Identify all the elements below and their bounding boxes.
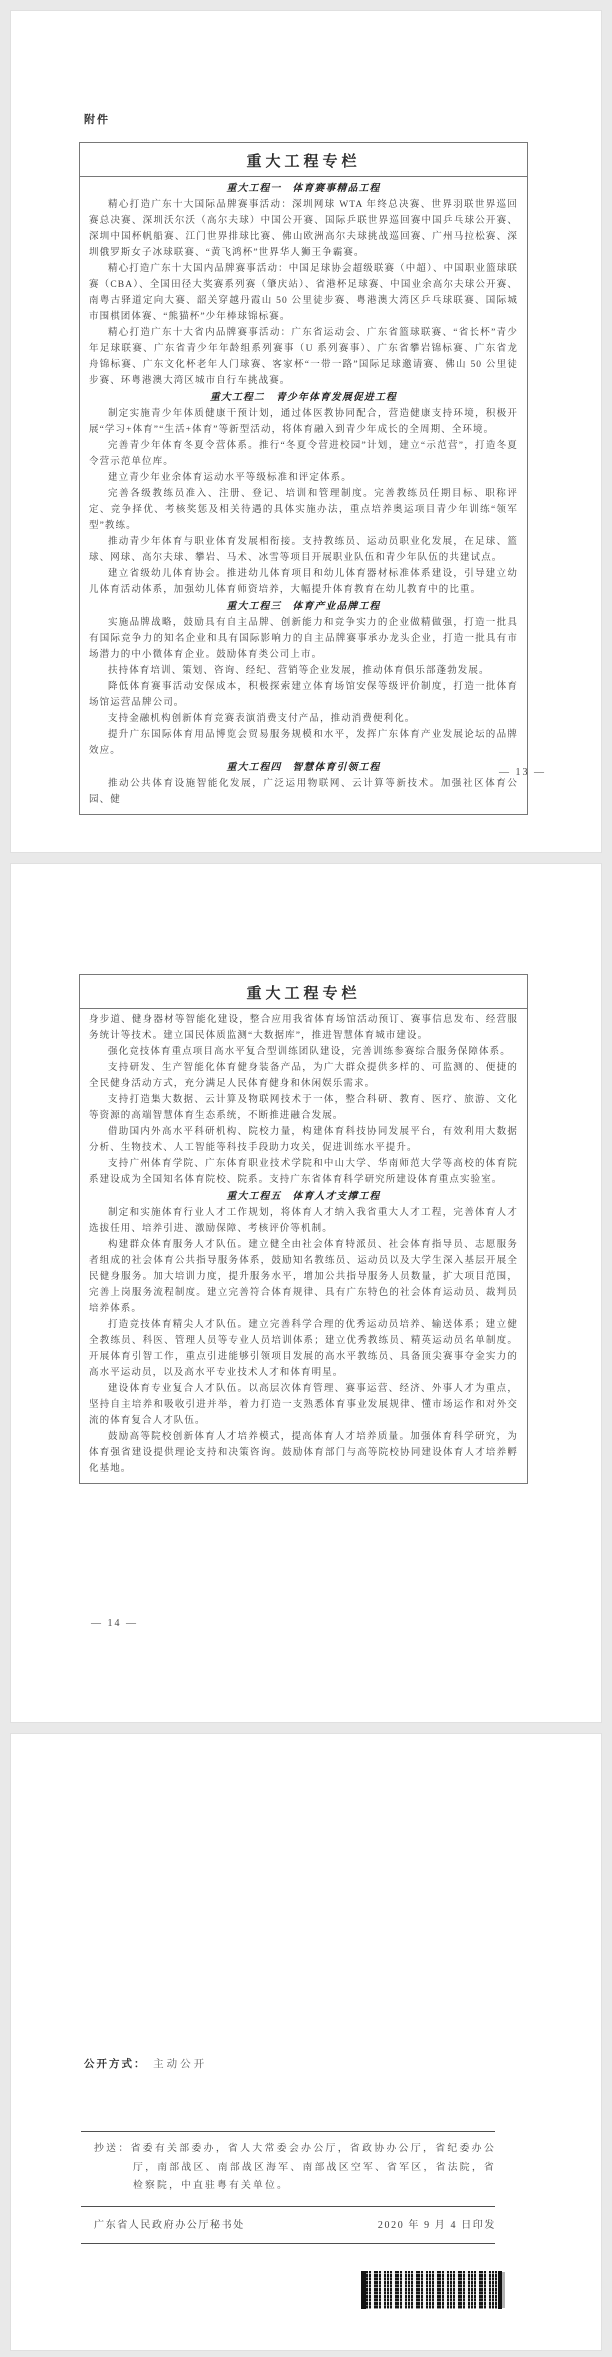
paragraph: 实施品牌战略，鼓励具有自主品牌、创新能力和竞争实力的企业做精做强，打造一批具有国… xyxy=(89,615,518,663)
paragraph: 构建群众体育服务人才队伍。建立健全由社会体育特派员、社会体育指导员、志愿服务者组… xyxy=(89,1237,518,1317)
divider-top xyxy=(81,2131,495,2132)
document-back-page: 公开方式： 主动公开 抄送：省委有关部委办，省人大常委会办公厅，省政协办公厅，省… xyxy=(10,1733,602,2351)
section-heading: 重大工程三 体育产业品牌工程 xyxy=(89,598,518,615)
paragraph: 支持金融机构创新体育竞赛表演消费支付产品，推动消费便利化。 xyxy=(89,711,518,727)
document-page-13: 附件 重大工程专栏 重大工程一 体育赛事精品工程精心打造广东十大国际品牌赛事活动… xyxy=(10,10,602,853)
section-heading: 重大工程二 青少年体育发展促进工程 xyxy=(89,389,518,406)
section-heading: 重大工程一 体育赛事精品工程 xyxy=(89,180,518,197)
box-title: 重大工程专栏 xyxy=(80,975,527,1009)
print-date: 2020 年 9 月 4 日印发 xyxy=(378,2216,496,2231)
cc-text: 省委有关部委办，省人大常委会办公厅，省政协办公厅，省纪委办公厅，南部战区、南部战… xyxy=(131,2143,496,2191)
paragraph: 精心打造广东十大省内品牌赛事活动：广东省运动会、广东省篮球联赛、“省长杯”青少年… xyxy=(89,325,518,389)
paragraph: 精心打造广东十大国际品牌赛事活动：深圳网球 WTA 年终总决赛、世界羽联世界巡回… xyxy=(89,197,518,261)
divider-bottom xyxy=(81,2243,495,2244)
paragraph: 建设体育专业复合人才队伍。以高层次体育管理、赛事运营、经济、外事人才为重点，坚持… xyxy=(89,1381,518,1429)
disclosure-value: 主动公开 xyxy=(153,2059,207,2070)
page-number: — 13 — xyxy=(499,767,546,778)
paragraph: 身步道、健身器材等智能化建设，整合应用我省体育场馆活动预订、赛事信息发布、经营服… xyxy=(89,1012,518,1044)
paragraph: 支持打造集大数据、云计算及物联网技术于一体，整合科研、教育、医疗、旅游、文化等资… xyxy=(89,1092,518,1124)
paragraph: 提升广东国际体育用品博览会贸易服务规模和水平，发挥广东体育产业发展论坛的品牌效应… xyxy=(89,727,518,759)
cc-paragraph: 抄送：省委有关部委办，省人大常委会办公厅，省政协办公厅，省纪委办公厅，南部战区、… xyxy=(94,2140,496,2196)
major-projects-box: 重大工程专栏 重大工程一 体育赛事精品工程精心打造广东十大国际品牌赛事活动：深圳… xyxy=(79,142,528,815)
paragraph: 推动青少年体育与职业体育发展相衔接。支持教练员、运动员职业化发展，在足球、篮球、… xyxy=(89,534,518,566)
attachment-label: 附件 xyxy=(84,111,110,127)
paragraph: 建立省级幼儿体育协会。推进幼儿体育项目和幼儿体育器材标准体系建设，引导建立幼儿体… xyxy=(89,566,518,598)
cc-block: 抄送：省委有关部委办，省人大常委会办公厅，省政协办公厅，省纪委办公厅，南部战区、… xyxy=(94,2140,496,2196)
barcode xyxy=(361,2271,502,2309)
section-heading: 重大工程五 体育人才支撑工程 xyxy=(89,1188,518,1205)
box-body: 身步道、健身器材等智能化建设，整合应用我省体育场馆活动预订、赛事信息发布、经营服… xyxy=(80,1009,527,1483)
paragraph: 建立青少年业余体育运动水平等级标准和评定体系。 xyxy=(89,470,518,486)
issuer-row: 广东省人民政府办公厅秘书处 2020 年 9 月 4 日印发 xyxy=(94,2216,496,2231)
paragraph: 制定实施青少年体质健康干预计划，通过体医教协同配合，营造健康支持环境，积极开展“… xyxy=(89,406,518,438)
divider-middle xyxy=(81,2206,495,2207)
box-title: 重大工程专栏 xyxy=(80,143,527,177)
paragraph: 强化竞技体育重点项目高水平复合型训练团队建设，完善训练参赛综合服务保障体系。 xyxy=(89,1044,518,1060)
disclosure-label: 公开方式： xyxy=(84,2059,147,2070)
document-page-14: 重大工程专栏 身步道、健身器材等智能化建设，整合应用我省体育场馆活动预订、赛事信… xyxy=(10,863,602,1723)
page-number: — 14 — xyxy=(91,1618,138,1629)
paragraph: 鼓励高等院校创新体育人才培养模式，提高体育人才培养质量。加强体育科学研究，为体育… xyxy=(89,1429,518,1477)
paragraph: 打造竞技体育精尖人才队伍。建立完善科学合理的优秀运动员培养、输送体系；建立健全教… xyxy=(89,1317,518,1381)
paragraph: 支持研发、生产智能化体育健身装备产品，为广大群众提供多样的、可监测的、便捷的全民… xyxy=(89,1060,518,1092)
major-projects-box: 重大工程专栏 身步道、健身器材等智能化建设，整合应用我省体育场馆活动预订、赛事信… xyxy=(79,974,528,1484)
issuer-name: 广东省人民政府办公厅秘书处 xyxy=(94,2216,245,2231)
section-heading: 重大工程四 智慧体育引领工程 xyxy=(89,759,518,776)
paragraph: 推动公共体育设施智能化发展，广泛运用物联网、云计算等新技术。加强社区体育公园、健 xyxy=(89,776,518,808)
paragraph: 制定和实施体育行业人才工作规划，将体育人才纳入我省重大人才工程，完善体育人才选拔… xyxy=(89,1205,518,1237)
paragraph: 降低体育赛事活动安保成本，积极探索建立体育场馆安保等级评价制度，打造一批体育场馆… xyxy=(89,679,518,711)
paragraph: 精心打造广东十大国内品牌赛事活动：中国足球协会超级联赛（中超）、中国职业篮球联赛… xyxy=(89,261,518,325)
paragraph: 支持广州体育学院、广东体育职业技术学院和中山大学、华南师范大学等高校的体育院系建… xyxy=(89,1156,518,1188)
paragraph: 扶持体育培训、策划、咨询、经纪、营销等企业发展，推动体育俱乐部蓬勃发展。 xyxy=(89,663,518,679)
disclosure-method: 公开方式： 主动公开 xyxy=(84,2056,207,2071)
paragraph: 借助国内外高水平科研机构、院校力量，构建体育科技协同发展平台，有效利用大数据分析… xyxy=(89,1124,518,1156)
paragraph: 完善青少年体育冬夏令营体系。推行“冬夏令营进校园”计划，建立“示范营”，打造冬夏… xyxy=(89,438,518,470)
cc-label: 抄送： xyxy=(94,2143,131,2154)
box-body: 重大工程一 体育赛事精品工程精心打造广东十大国际品牌赛事活动：深圳网球 WTA … xyxy=(80,177,527,814)
paragraph: 完善各级教练员准入、注册、登记、培训和管理制度。完善教练员任期目标、职称评定、竞… xyxy=(89,486,518,534)
